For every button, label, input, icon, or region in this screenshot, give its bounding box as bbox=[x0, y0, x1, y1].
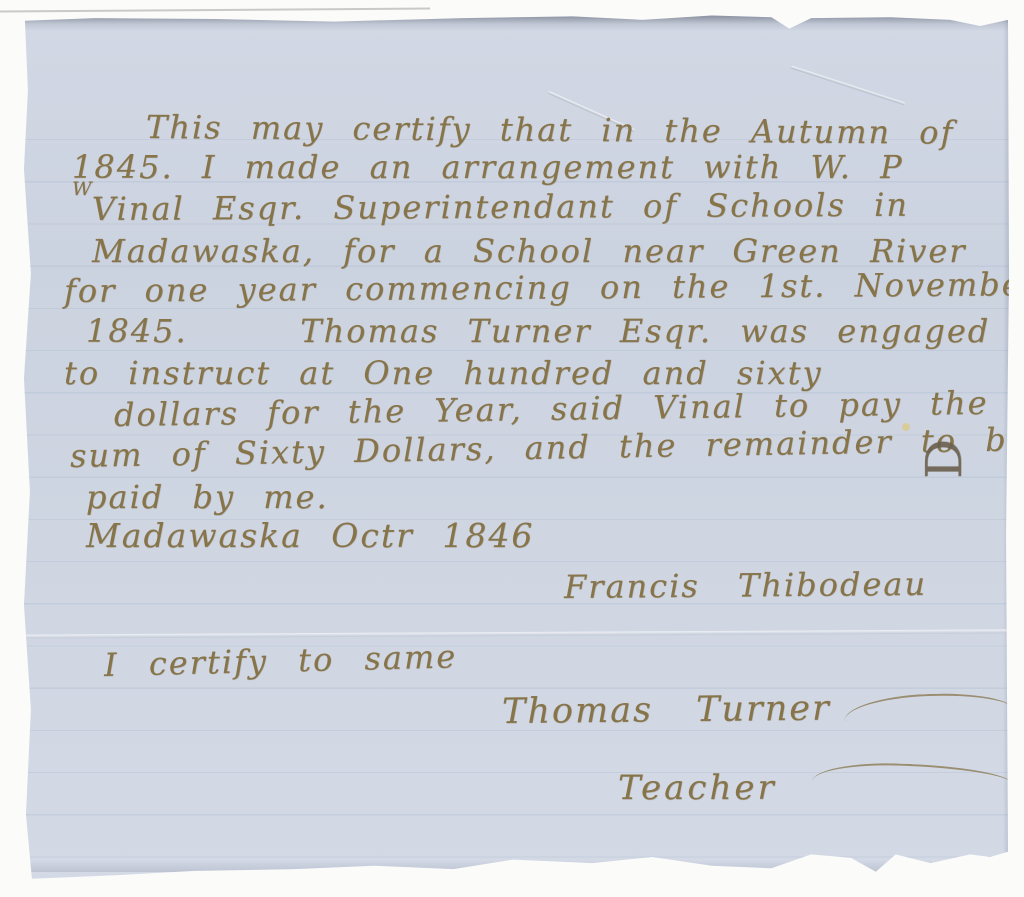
document-scan: This may certify that in the Autumn of 1… bbox=[0, 0, 1024, 897]
margin-letter-d-mark: D bbox=[915, 439, 973, 479]
certify-line: I certify to same bbox=[104, 637, 458, 684]
dateline: Madawaska Octr 1846 bbox=[86, 516, 534, 555]
signature-thomas-turner: Thomas Turner bbox=[502, 689, 831, 732]
handwritten-line-6: 1845. Thomas Turner Esqr. was engaged bbox=[86, 312, 990, 350]
pen-flourish bbox=[812, 761, 1013, 794]
handwritten-line-3: Vinal Esqr. Superintendant of Schools in bbox=[92, 186, 909, 228]
scanner-edge-streak bbox=[0, 7, 430, 12]
pen-flourish bbox=[844, 691, 1015, 721]
handwritten-line-1: This may certify that in the Autumn of bbox=[146, 108, 955, 152]
handwritten-line-10: paid by me. bbox=[86, 478, 329, 516]
handwritten-line-5: for one year commencing on the 1st. Nove… bbox=[64, 265, 1024, 310]
handwriting-layer: This may certify that in the Autumn of 1… bbox=[16, 12, 1010, 884]
handwritten-line-4: Madawaska, for a School near Green River bbox=[92, 232, 967, 270]
insertion-mark: W bbox=[72, 178, 92, 200]
handwritten-line-2: 1845. I made an arrangement with W. P bbox=[72, 148, 904, 186]
paper-sheet: This may certify that in the Autumn of 1… bbox=[16, 12, 1010, 884]
signature-francis-thibodeau: Francis Thibodeau bbox=[564, 565, 927, 606]
signature-title-teacher: Teacher bbox=[618, 768, 777, 808]
handwritten-line-7: to instruct at One hundred and sixty bbox=[64, 354, 823, 392]
